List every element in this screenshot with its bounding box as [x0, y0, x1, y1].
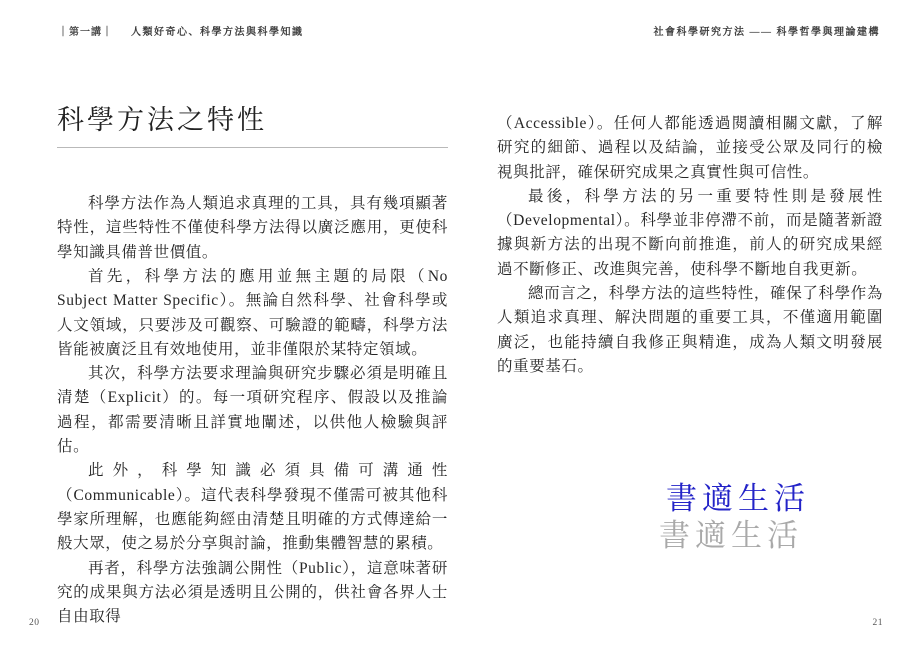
paragraph: 其次，科學方法要求理論與研究步驟必須是明確且清楚（Explicit）的。每一項研…	[57, 362, 448, 459]
left-page: 科學方法之特性 科學方法作為人類追求真理的工具，具有幾項顯著特性，這些特性不僅使…	[57, 103, 448, 629]
running-head-right: 社會科學研究方法 —— 科學哲學與理論建構	[654, 23, 881, 38]
section-title: 科學方法之特性	[57, 103, 448, 138]
paragraph: 科學方法作為人類追求真理的工具，具有幾項顯著特性，這些特性不僅使科學方法得以廣泛…	[57, 192, 448, 265]
watermark: 書適生活 書適生活	[659, 480, 810, 554]
title-divider	[57, 147, 448, 148]
page-number-right: 21	[873, 618, 884, 628]
chapter-marker: ｜第一講｜	[58, 27, 113, 38]
paragraph-continuation: （Accessible）。任何人都能透過閱讀相關文獻，了解研究的細節、過程以及結…	[497, 112, 883, 185]
paragraph: 再者，科學方法強調公開性（Public），這意味著研究的成果與方法必須是透明且公…	[57, 557, 448, 630]
running-head-right-title: 社會科學研究方法 —— 科學哲學與理論建構	[654, 27, 881, 38]
watermark-blue-text: 書適生活	[666, 480, 810, 517]
watermark-gray-text: 書適生活	[659, 517, 810, 554]
right-page: （Accessible）。任何人都能透過閱讀相關文獻，了解研究的細節、過程以及結…	[497, 112, 883, 379]
paragraph: 首先，科學方法的應用並無主題的局限（No Subject Matter Spec…	[57, 265, 448, 362]
book-spread: ｜第一講｜ 人類好奇心、科學方法與科學知識 社會科學研究方法 —— 科學哲學與理…	[0, 0, 917, 650]
left-page-body: 科學方法作為人類追求真理的工具，具有幾項顯著特性，這些特性不僅使科學方法得以廣泛…	[57, 192, 448, 629]
paragraph: 此外，科學知識必須具備可溝通性（Communicable）。這代表科學發現不僅需…	[57, 459, 448, 556]
paragraph: 最後，科學方法的另一重要特性則是發展性（Developmental）。科學並非停…	[497, 185, 883, 282]
paragraph: 總而言之，科學方法的這些特性，確保了科學作為人類追求真理、解決問題的重要工具，不…	[497, 282, 883, 379]
page-number-left: 20	[29, 618, 40, 628]
running-head-left-title: 人類好奇心、科學方法與科學知識	[131, 27, 304, 38]
running-head-left: ｜第一講｜ 人類好奇心、科學方法與科學知識	[58, 23, 304, 38]
